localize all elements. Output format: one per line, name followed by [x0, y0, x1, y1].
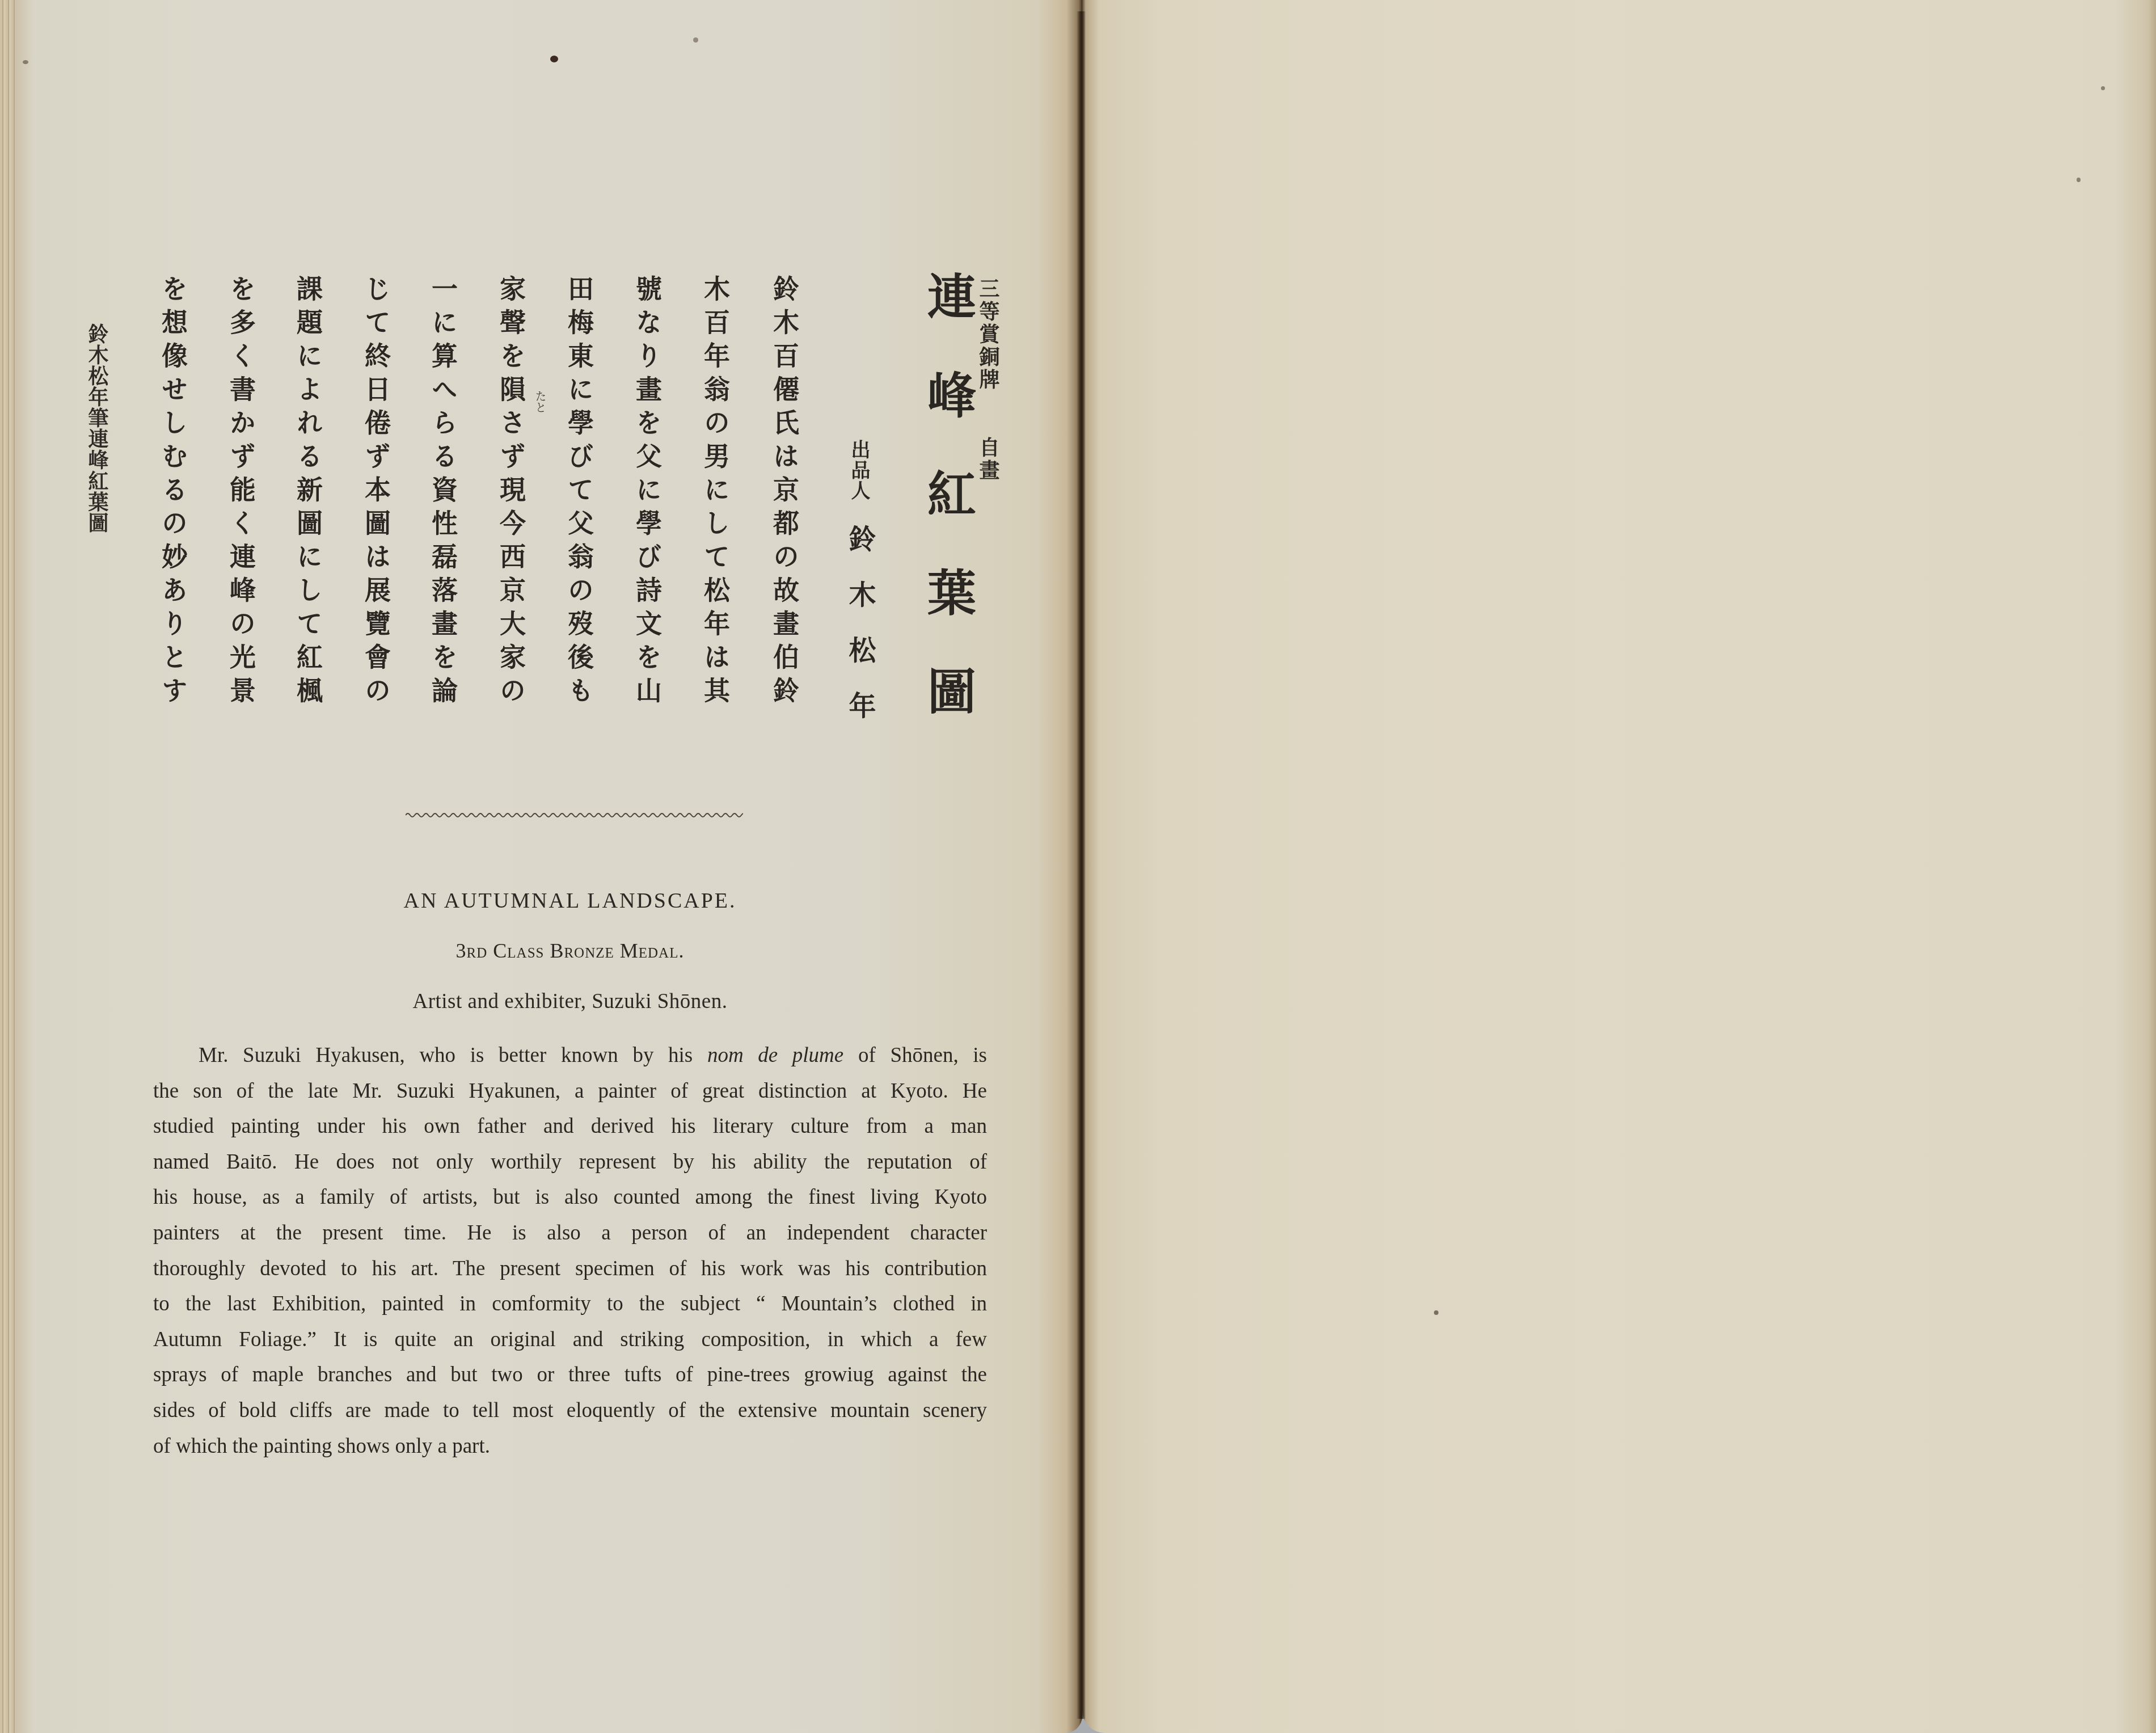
jp-body-column-6: 一に算へらる資性磊落畫を論: [424, 275, 462, 710]
jp-body-column-2: 木百年翁の男にして松年は其: [697, 275, 734, 710]
artwork-title-jp: 連峰紅葉圖: [912, 271, 982, 765]
jp-body-column-3: 號なり畫を父に學び詩文を山: [628, 275, 666, 710]
paragraph-line: the son of the late Mr. Suzuki Hyakunen,…: [153, 1074, 987, 1110]
paragraph-line: Mr. Suzuki Hyakusen, who is better known…: [153, 1038, 987, 1074]
left-page: 三等賞銅牌 自畫 連峰紅葉圖 出品人 鈴木松年 鈴木百僊氏は京都の故畫伯鈴 木百…: [0, 0, 1082, 1733]
paragraph-line: of which the painting shows only a part.: [153, 1429, 987, 1465]
jp-body-column-8: 課題によれる新圖にして紅楓: [289, 275, 327, 710]
ink-speck: [550, 56, 558, 62]
paragraph-line: thoroughly devoted to his art. The prese…: [153, 1251, 987, 1287]
plate-caption-jp: 鈴木松年筆連峰紅葉圖: [82, 323, 111, 533]
paragraph-line: sprays of maple branches and but two or …: [153, 1357, 987, 1393]
jp-body-column-9: を多く書かず能く連峰の光景: [222, 275, 260, 710]
wavy-divider: [406, 808, 743, 822]
description-paragraph: Mr. Suzuki Hyakusen, who is better known…: [153, 1038, 987, 1464]
paragraph-line: named Baitō. He does not only worthily r…: [153, 1145, 987, 1180]
artwork-title-en: AN AUTUMNAL LANDSCAPE.: [153, 888, 987, 913]
jp-body-column-1: 鈴木百僊氏は京都の故畫伯鈴: [766, 275, 803, 710]
paragraph-line: Autumn Foliage.” It is quite an original…: [153, 1322, 987, 1358]
page-edge-stack: [0, 0, 15, 1733]
book-spread: 三等賞銅牌 自畫 連峰紅葉圖 出品人 鈴木松年 鈴木百僊氏は京都の故畫伯鈴 木百…: [0, 0, 2156, 1733]
ink-speck: [693, 37, 698, 43]
right-page-blank: [1082, 0, 2156, 1733]
ink-speck: [23, 60, 28, 64]
jp-body-column-7: じて終日倦ず本圖は展覽會の: [357, 275, 395, 710]
award-label-en: 3rd Class Bronze Medal.: [153, 939, 987, 963]
jp-body-column-4: 田梅東に學びて父翁の歿後も: [560, 275, 598, 710]
jp-body-column-10: を想像せしむるの妙ありとす: [154, 275, 192, 710]
furigana-ruby: たと: [532, 390, 549, 413]
paragraph-line: painters at the present time. He is also…: [153, 1216, 987, 1251]
jp-body-column-5: 家聲を隕さず現今西京大家の: [492, 275, 530, 710]
paragraph-line: to the last Exhibition, painted in comfo…: [153, 1287, 987, 1322]
ink-speck: [2077, 178, 2081, 182]
artist-byline: Artist and exhibiter, Suzuki Shōnen.: [153, 989, 987, 1014]
paragraph-line: his house, as a family of artists, but i…: [153, 1180, 987, 1216]
paragraph-line: sides of bold cliffs are made to tell mo…: [153, 1393, 987, 1429]
exhibitor-label-jp: 出品人: [845, 440, 873, 501]
italic-phrase: nom de plume: [707, 1044, 843, 1067]
ink-speck: [2101, 86, 2105, 90]
paragraph-line: studied painting under his own father an…: [153, 1109, 987, 1145]
exhibitor-name-jp: 鈴木松年: [841, 525, 880, 747]
ink-speck: [1434, 1310, 1438, 1315]
book-gutter: [1077, 11, 1086, 1719]
